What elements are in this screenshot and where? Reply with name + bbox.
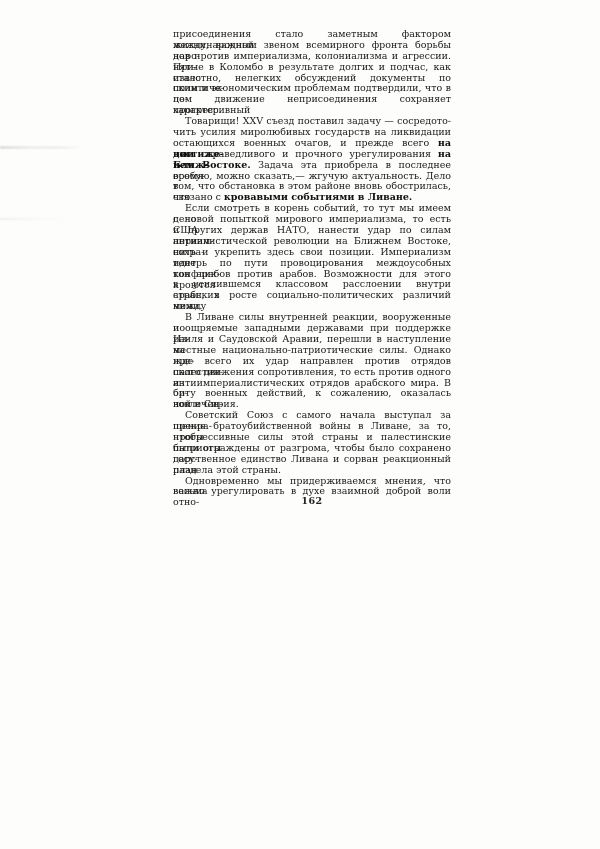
page-number: 162 bbox=[173, 496, 451, 507]
body-text: характер. bbox=[173, 105, 222, 116]
text-block: присоединения стало заметным фактором ме… bbox=[173, 30, 451, 498]
scan-artifact bbox=[0, 218, 62, 220]
book-page: присоединения стало заметным фактором ме… bbox=[0, 0, 600, 849]
emphasized-text: кровавыми событиями в Ливане. bbox=[224, 192, 412, 203]
body-text: раздела этой страны. bbox=[173, 465, 281, 476]
body-text: чить усилия миролюбивых государств на ли… bbox=[173, 127, 451, 138]
body-text: остающихся военных очагов, и прежде всег… bbox=[173, 138, 438, 149]
body-text: ними. bbox=[173, 301, 202, 312]
text-line: стран, в росте социально-политических ра… bbox=[173, 291, 451, 302]
body-text: справедливого и прочного урегулирования bbox=[194, 149, 438, 160]
scan-artifact bbox=[0, 146, 80, 149]
body-text: ной и Сирия. bbox=[173, 399, 239, 410]
body-text: Товарищи! XXV съезд поставил задачу — со… bbox=[185, 116, 451, 127]
body-text: связано с bbox=[173, 192, 224, 203]
emphasized-text: нем Востоке. bbox=[173, 160, 251, 171]
emphasized-text: нии bbox=[173, 149, 194, 160]
